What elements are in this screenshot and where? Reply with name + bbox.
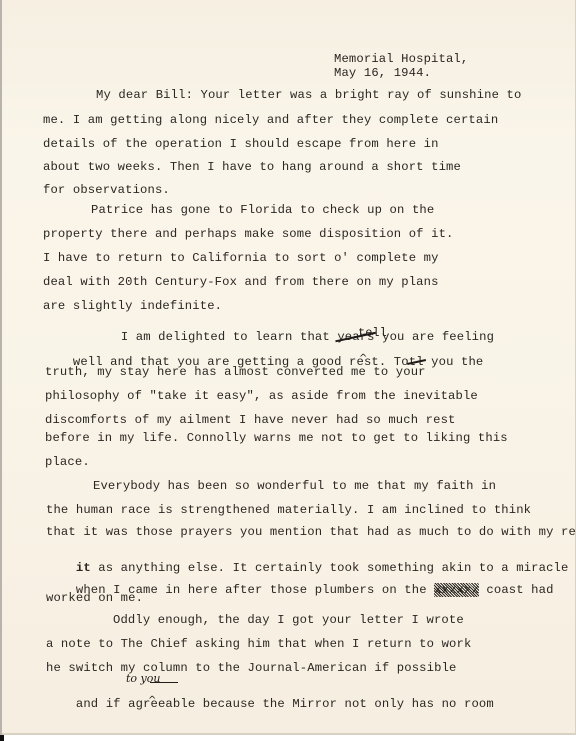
body-line: about two weeks. Then I have to hang aro… — [43, 160, 461, 174]
body-line: details of the operation I should escape… — [43, 137, 439, 151]
body-line: Patrice has gone to Florida to check up … — [91, 203, 434, 217]
body-line: for observations. — [43, 183, 170, 197]
letter-date: May 16, 1944. — [334, 66, 431, 80]
handwritten-insert-tell: tell — [358, 326, 387, 340]
body-line: place. — [45, 455, 90, 469]
body-line: I have to return to California to sort o… — [43, 251, 439, 265]
body-line: the human race is strengthened materiall… — [46, 503, 531, 517]
xed-out-word: xxxxxx — [434, 583, 479, 597]
insertion-caret: ^ — [148, 695, 156, 706]
salutation-line: My dear Bill: Your letter was a bright r… — [96, 88, 521, 102]
insertion-caret: ^ — [359, 353, 367, 364]
page-bottom-margin — [0, 735, 576, 741]
letterhead-place: Memorial Hospital, — [334, 52, 468, 66]
body-line: discomforts of my ailment I have never h… — [45, 413, 456, 427]
body-line: me. I am getting along nicely and after … — [43, 113, 498, 127]
body-line: a note to The Chief asking him that when… — [46, 637, 471, 651]
body-line: philosophy of "take it easy", as aside f… — [45, 389, 478, 403]
body-line: and if agreeable because the Mirror not … — [46, 683, 494, 725]
body-line: deal with 20th Century-Fox and from ther… — [43, 275, 439, 289]
body-line: Everybody has been so wonderful to me th… — [93, 479, 496, 493]
body-line: truth, my stay here has almost converted… — [45, 365, 426, 379]
body-line: that it was those prayers you mention th… — [46, 525, 576, 539]
body-line: property there and perhaps make some dis… — [43, 227, 454, 241]
letter-page: Memorial Hospital, May 16, 1944. My dear… — [0, 0, 576, 735]
body-line: worked on me. — [46, 591, 143, 605]
body-line: he switch my column to the Journal-Ameri… — [46, 661, 457, 675]
body-line: are slightly indefinite. — [43, 299, 222, 313]
body-line: before in my life. Connolly warns me not… — [45, 431, 508, 445]
scan-edge-mark — [0, 735, 4, 741]
body-line: Oddly enough, the day I got your letter … — [113, 613, 464, 627]
